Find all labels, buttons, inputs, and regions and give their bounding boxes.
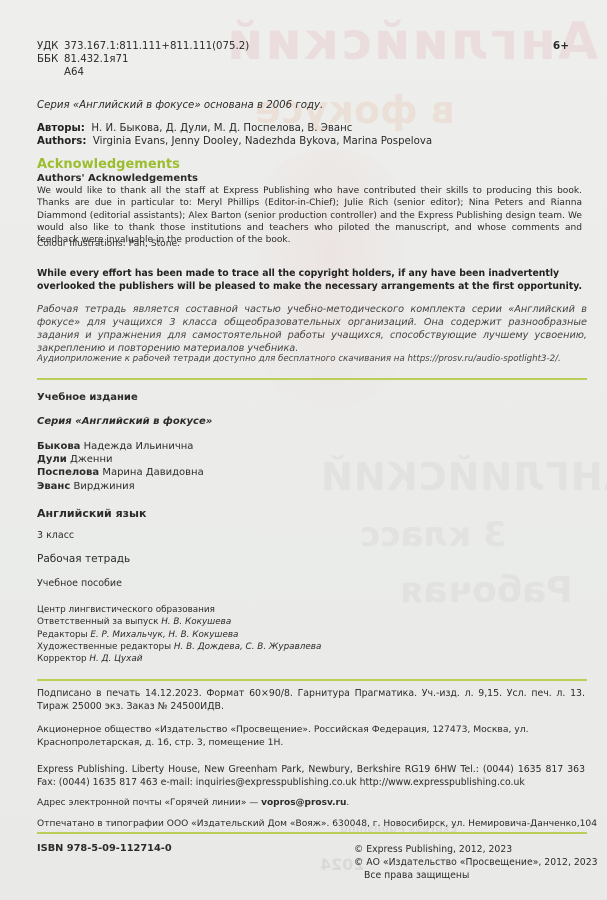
rights-reserved: Все права защищены [354, 869, 598, 882]
audio-link[interactable]: https://prosv.ru/audio-spotlight3-2/ [407, 354, 558, 364]
staff-art-editors: Художественные редакторы Н. В. Дождева, … [37, 641, 321, 653]
acknowledgements-title: Acknowledgements [37, 157, 180, 172]
author-mark: А64 [64, 66, 84, 79]
book-page: Английский в фокусе АНГЛИЙСКИЙ 3 класс Р… [0, 0, 607, 900]
classification-codes: УДК373.167.1:811.111+811.111(075.2) ББК8… [37, 40, 249, 80]
divider [37, 378, 587, 380]
book-type: Рабочая тетрадь [37, 553, 130, 565]
imprint-series: Серия «Английский в фокусе» [37, 416, 212, 427]
workbook-description: Рабочая тетрадь является составной часть… [37, 303, 587, 355]
copyright-prosveshchenie: © АО «Издательство «Просвещение», 2012, … [354, 856, 598, 869]
watermark-workbook: Рабочая [400, 570, 573, 611]
acknowledgements-subtitle: Authors' Acknowledgements [37, 173, 198, 184]
authors-en-label: Authors: [37, 136, 86, 147]
hotline-email: Адрес электронной почты «Горячей линии» … [37, 798, 349, 808]
hotline-email-link[interactable]: vopros@prosv.ru [261, 798, 346, 808]
staff-responsible: Ответственный за выпуск Н. В. Кокушева [37, 616, 321, 628]
age-rating: 6+ [553, 40, 569, 52]
subject-title: Английский язык [37, 507, 146, 520]
audio-note: Аудиоприложение к рабочей тетради доступ… [37, 354, 561, 364]
acknowledgements-text: We would like to thank all the staff at … [37, 185, 582, 246]
bbk-label: ББК [37, 53, 64, 66]
copyright-notice: While every effort has been made to trac… [37, 267, 587, 293]
authors-full-names: Быкова Надежда Ильинична Дули Дженни Пос… [37, 440, 204, 493]
edition-type: Учебное издание [37, 392, 138, 403]
copyright-block: © Express Publishing, 2012, 2023 © АО «И… [354, 843, 598, 883]
illustrations-credit: Colour Illustrations: Pan, Stone. [37, 239, 180, 249]
udk-value: 373.167.1:811.111+811.111(075.2) [64, 40, 249, 53]
watermark-grade: 3 класс [360, 515, 507, 555]
bbk-value: 81.432.1я71 [64, 53, 128, 66]
authors-ru-label: Авторы: [37, 123, 85, 134]
publisher-address: Акционерное общество «Издательство «Прос… [37, 723, 585, 749]
person-row: Эванс Вирджиния [37, 480, 204, 493]
series-note: Серия «Английский в фокусе» основана в 2… [37, 99, 323, 112]
divider [37, 832, 587, 834]
udk-label: УДК [37, 40, 64, 53]
watermark-title-2: АНГЛИЙСКИЙ [320, 455, 607, 499]
express-publishing-address: Express Publishing. Liberty House, New G… [37, 763, 585, 789]
center-name: Центр лингвистического образования [37, 604, 321, 616]
printing-house: Отпечатано в типографии ООО «Издательски… [37, 819, 597, 829]
person-row: Дули Дженни [37, 453, 204, 466]
person-row: Поспелова Марина Давидовна [37, 466, 204, 479]
authors-block: Авторы: Н. И. Быкова, Д. Дули, М. Д. Пос… [37, 122, 432, 148]
authors-en-names: Virginia Evans, Jenny Dooley, Nadezhda B… [93, 136, 432, 147]
copyright-express: © Express Publishing, 2012, 2023 [354, 843, 598, 856]
authors-ru-names: Н. И. Быкова, Д. Дули, М. Д. Поспелова, … [91, 123, 352, 134]
print-signed-info: Подписано в печать 14.12.2023. Формат 60… [37, 687, 585, 713]
manual-type: Учебное пособие [37, 578, 122, 589]
isbn: ISBN 978-5-09-112714-0 [37, 843, 172, 854]
staff-corrector: Корректор Н. Д. Цухай [37, 653, 321, 665]
editorial-staff: Центр лингвистического образования Ответ… [37, 604, 321, 665]
grade: 3 класс [37, 530, 74, 541]
staff-editors: Редакторы Е. Р. Михальчук, Н. В. Кокушев… [37, 629, 321, 641]
divider [37, 679, 587, 681]
watermark-title: Английский [225, 12, 598, 72]
person-row: Быкова Надежда Ильинична [37, 440, 204, 453]
